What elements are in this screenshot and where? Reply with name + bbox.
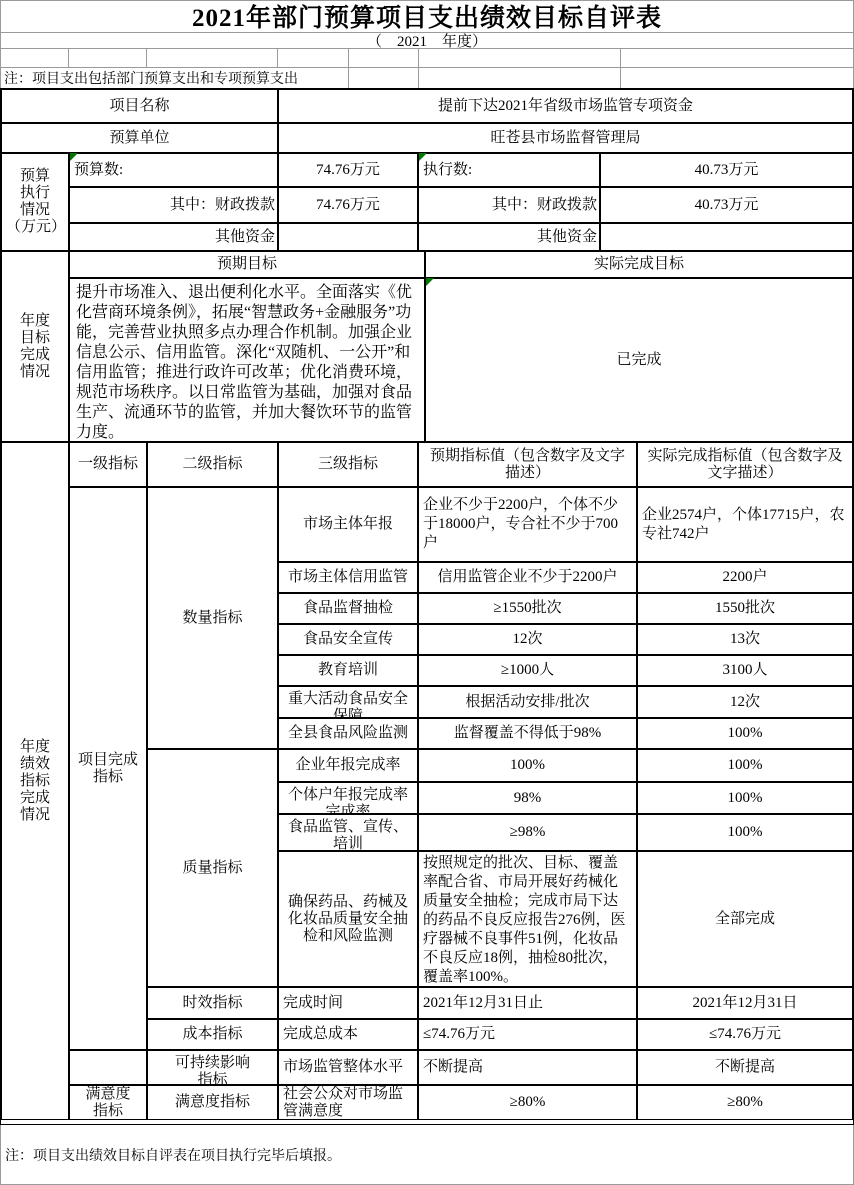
level2-sustainability: 可持续影响 指标 (147, 1050, 278, 1085)
expected-goal-header: 预期目标 (69, 251, 425, 278)
indicator-l3: 社会公众对市场监管满意度 (278, 1085, 418, 1120)
indicator-actual: 100% (637, 814, 853, 851)
grid-tick (418, 67, 419, 88)
cell-marker-icon (419, 153, 427, 161)
indicator-actual: 1550批次 (637, 593, 853, 624)
top-note: 注：项目支出包括部门预算支出和专项预算支出 (4, 68, 298, 88)
indicator-expected: 不断提高 (418, 1050, 637, 1085)
grid-tick (68, 48, 69, 67)
indicator-l3: 教育培训 (278, 655, 418, 686)
indicator-actual: 2021年12月31日 (637, 987, 853, 1019)
indicator-l3: 食品监管、宣传、培训 (278, 814, 418, 851)
execution-fiscal-value: 40.73万元 (600, 187, 853, 223)
indicator-expected: 企业不少于2200户，个体不少于18000户，专合社不少于700户 (418, 487, 637, 562)
indicator-actual: 100% (637, 782, 853, 814)
budget-section-label: 预算 执行 情况 （万元） (1, 153, 69, 251)
grid-tick (418, 48, 419, 67)
indicator-actual: 2200户 (637, 562, 853, 593)
cell-marker-icon (70, 153, 78, 161)
indicator-l3: 重大活动食品安全保障 (278, 686, 418, 718)
bottom-note: 注：项目支出绩效目标自评表在项目执行完毕后填报。 (5, 1145, 341, 1165)
indicator-actual: ≥80% (637, 1085, 853, 1120)
level2-quantity: 数量指标 (147, 487, 278, 749)
indicator-l3: 完成时间 (278, 987, 418, 1019)
annual-goal-section-label: 年度 目标 完成 情况 (1, 251, 69, 442)
indicator-expected: 信用监管企业不少于2200户 (418, 562, 637, 593)
indicator-expected: 按照规定的批次、目标、覆盖率配合省、市局开展好药械化质量安全抽检；完成市局下达的… (418, 851, 637, 987)
indicator-expected: ≥98% (418, 814, 637, 851)
grid-line (0, 32, 854, 33)
indicator-l3: 全县食品风险监测 (278, 718, 418, 749)
indicator-l3: 食品监督抽检 (278, 593, 418, 624)
level2-satisfaction: 满意度指标 (147, 1085, 278, 1120)
indicator-actual: 13次 (637, 624, 853, 655)
header-level2: 二级指标 (147, 442, 278, 487)
budget-fiscal-label: 其中：财政拨款 (69, 187, 278, 223)
indicator-expected: ≤74.76万元 (418, 1019, 637, 1050)
indicator-l3: 市场监管整体水平 (278, 1050, 418, 1085)
indicator-expected: ≥1550批次 (418, 593, 637, 624)
indicator-expected: 100% (418, 749, 637, 782)
header-level3: 三级指标 (278, 442, 418, 487)
indicator-l3: 个体户年报完成率完成率 (278, 782, 418, 814)
indicators-section-label: 年度 绩效 指标 完成 情况 (1, 442, 69, 1120)
actual-goal-header: 实际完成目标 (425, 251, 853, 278)
project-name-label: 项目名称 (1, 89, 278, 123)
level2-cost: 成本指标 (147, 1019, 278, 1050)
execution-amount-value: 40.73万元 (600, 153, 853, 187)
execution-fiscal-label: 其中：财政拨款 (418, 187, 600, 223)
budget-unit-label: 预算单位 (1, 123, 278, 153)
indicator-actual: 3100人 (637, 655, 853, 686)
level1-satisfaction: 满意度 指标 (69, 1085, 147, 1120)
header-level1: 一级指标 (69, 442, 147, 487)
spreadsheet-page: 2021年部门预算项目支出绩效目标自评表 （ 2021 年度） 注：项目支出包括… (0, 0, 854, 1185)
grid-line (0, 48, 854, 49)
indicator-actual: 12次 (637, 686, 853, 718)
self-evaluation-table: 项目名称 提前下达2021年省级市场监管专项资金 预算单位 旺苍县市场监督管理局… (0, 88, 854, 1125)
indicator-actual: 企业2574户，个体17715户，农专社742户 (637, 487, 853, 562)
indicator-expected: 根据活动安排/批次 (418, 686, 637, 718)
level2-time: 时效指标 (147, 987, 278, 1019)
budget-unit-value: 旺苍县市场监督管理局 (278, 123, 853, 153)
budget-amount-label: 预算数: (69, 153, 278, 187)
indicator-l3: 确保药品、药械及化妆品质量安全抽检和风险监测 (278, 851, 418, 987)
indicator-expected: 监督覆盖不得低于98% (418, 718, 637, 749)
indicator-l3: 完成总成本 (278, 1019, 418, 1050)
indicator-expected: 12次 (418, 624, 637, 655)
grid-tick (348, 67, 349, 88)
header-expected-value: 预期指标值（包含数字及文字描述） (418, 442, 637, 487)
level1-empty (69, 1050, 147, 1085)
indicator-l3: 企业年报完成率 (278, 749, 418, 782)
budget-other-value (278, 223, 418, 251)
header-actual-value: 实际完成指标值（包含数字及文字描述） (637, 442, 853, 487)
budget-other-label: 其他资金 (69, 223, 278, 251)
project-name-value: 提前下达2021年省级市场监管专项资金 (278, 89, 853, 123)
page-title: 2021年部门预算项目支出绩效目标自评表 (0, 0, 854, 32)
execution-amount-label: 执行数: (418, 153, 600, 187)
indicator-l3: 市场主体信用监管 (278, 562, 418, 593)
level1-project-completion: 项目完成 指标 (69, 487, 147, 1050)
cell-marker-icon (426, 278, 434, 286)
actual-goal-text: 已完成 (425, 278, 853, 442)
indicator-expected: ≥1000人 (418, 655, 637, 686)
budget-amount-value: 74.76万元 (278, 153, 418, 187)
grid-tick (348, 48, 349, 67)
indicator-actual: 全部完成 (637, 851, 853, 987)
level2-quality: 质量指标 (147, 749, 278, 987)
execution-other-value (600, 223, 853, 251)
page-subtitle: （ 2021 年度） (0, 32, 854, 48)
indicator-l3: 食品安全宣传 (278, 624, 418, 655)
indicator-actual: ≤74.76万元 (637, 1019, 853, 1050)
grid-tick (620, 48, 621, 67)
grid-tick (277, 48, 278, 67)
indicator-actual: 100% (637, 749, 853, 782)
indicator-actual: 100% (637, 718, 853, 749)
budget-fiscal-value: 74.76万元 (278, 187, 418, 223)
expected-goal-text: 提升市场准入、退出便利化水平。全面落实《优化营商环境条例》，拓展“智慧政务+金融… (69, 278, 425, 442)
indicator-actual: 不断提高 (637, 1050, 853, 1085)
grid-tick (146, 48, 147, 67)
indicator-expected: 98% (418, 782, 637, 814)
grid-tick (620, 67, 621, 88)
execution-other-label: 其他资金 (418, 223, 600, 251)
indicator-expected: ≥80% (418, 1085, 637, 1120)
indicator-l3: 市场主体年报 (278, 487, 418, 562)
indicator-expected: 2021年12月31日止 (418, 987, 637, 1019)
